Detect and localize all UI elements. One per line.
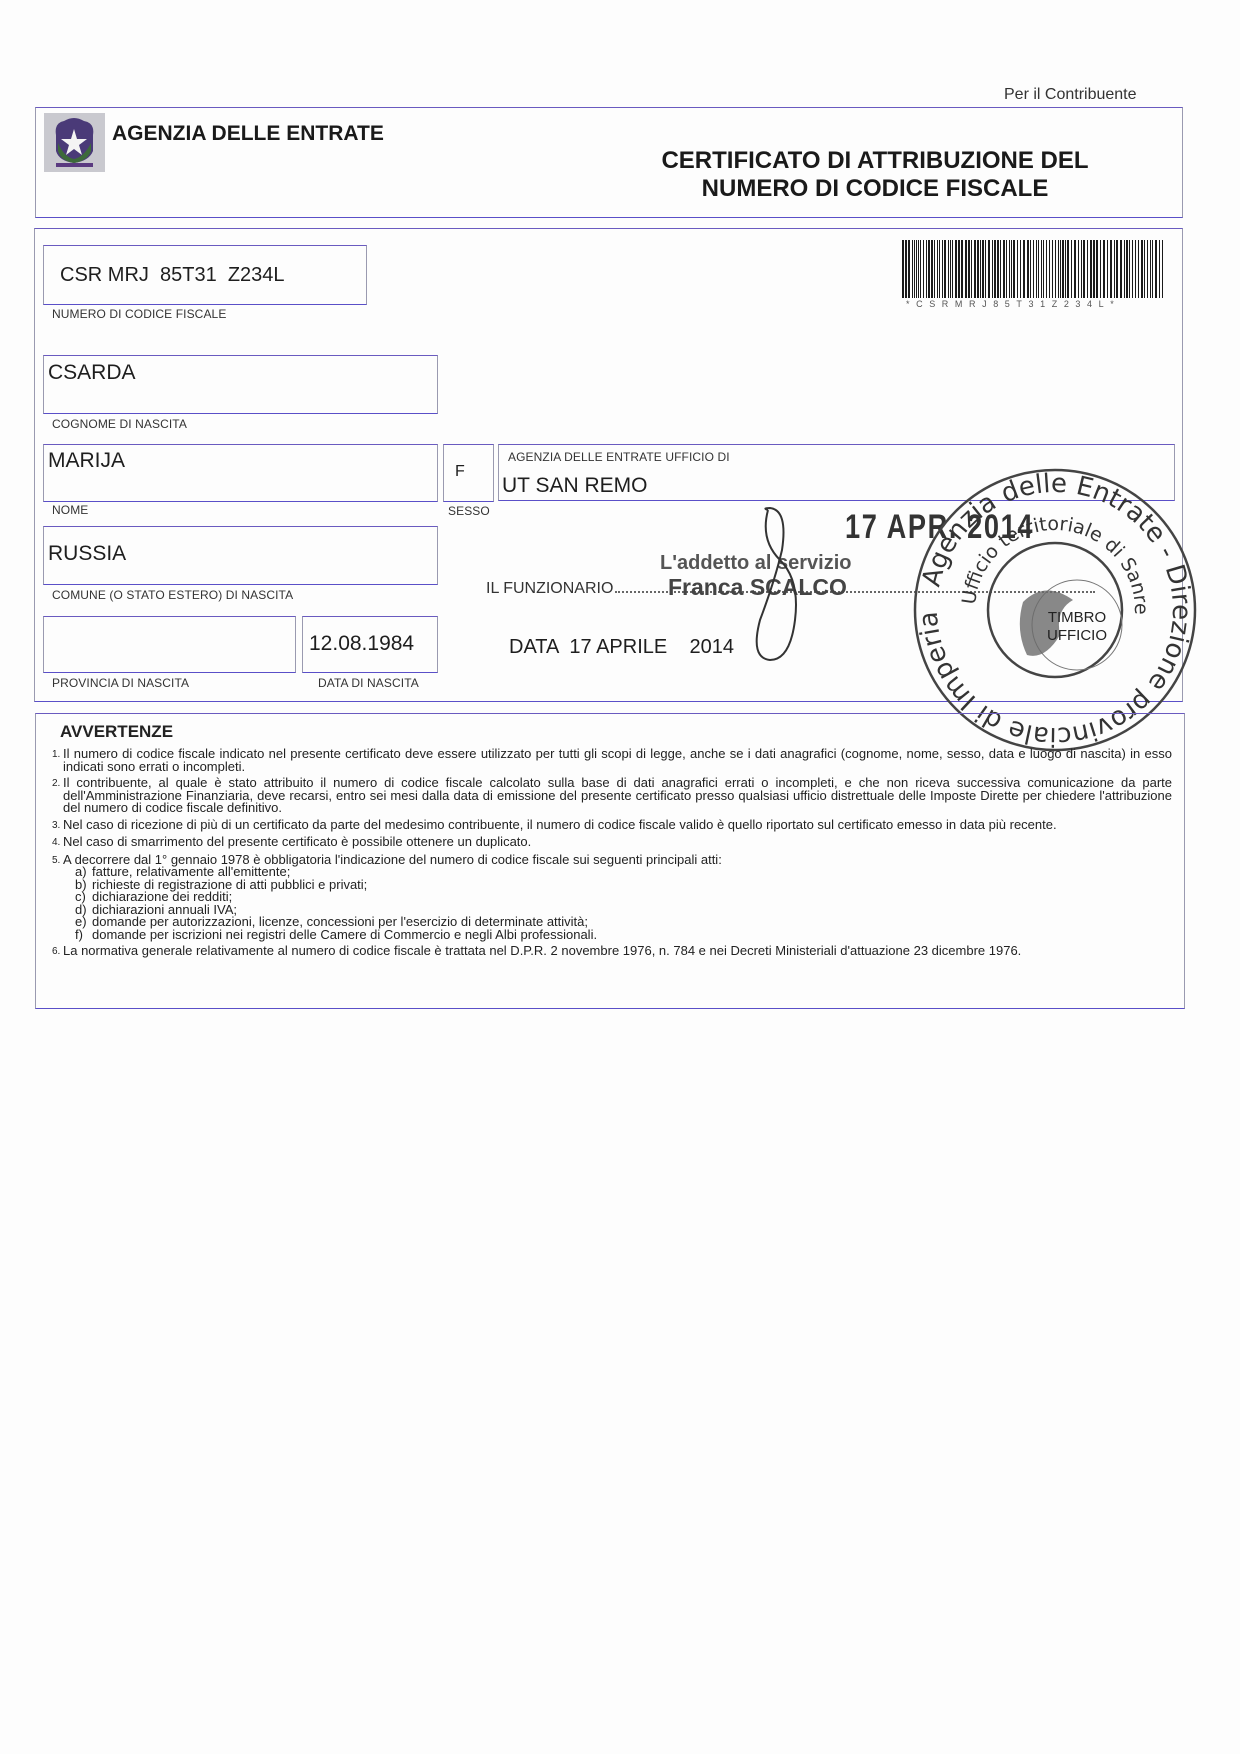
issue-date: DATA 17 APRILE 2014 (509, 636, 734, 659)
ufficio-label: AGENZIA DELLE ENTRATE UFFICIO DI (508, 450, 730, 464)
title-line-1: CERTIFICATO DI ATTRIBUZIONE DEL (640, 147, 1110, 175)
sesso-label: SESSO (448, 504, 490, 518)
copy-label: Per il Contribuente (1004, 86, 1137, 104)
warning-text: Nel caso di smarrimento del presente cer… (63, 836, 531, 850)
handwritten-signature (740, 500, 830, 670)
nome-value: MARIJA (48, 449, 125, 473)
warning-number: 5. (52, 854, 63, 942)
warning-item: 1.Il numero di codice fiscale indicato n… (52, 748, 1172, 773)
warnings-list: 1.Il numero di codice fiscale indicato n… (52, 748, 1172, 963)
provincia-label: PROVINCIA DI NASCITA (52, 676, 189, 690)
page-title: CERTIFICATO DI ATTRIBUZIONE DEL NUMERO D… (640, 147, 1110, 203)
warning-number: 3. (52, 819, 63, 833)
agency-name: AGENZIA DELLE ENTRATE (112, 122, 384, 146)
data-nascita-label: DATA DI NASCITA (318, 676, 419, 690)
codice-fiscale-label: NUMERO DI CODICE FISCALE (52, 307, 226, 321)
cognome-value: CSARDA (48, 361, 136, 385)
barcode: *CSRMRJ85T31Z234L* (902, 240, 1172, 308)
warning-item: 6.La normativa generale relativamente al… (52, 945, 1172, 959)
warning-text: Il numero di codice fiscale indicato nel… (63, 748, 1172, 773)
warning-number: 6. (52, 945, 63, 959)
codice-fiscale-value: CSR MRJ 85T31 Z234L (60, 264, 285, 287)
warning-item: 4.Nel caso di smarrimento del presente c… (52, 836, 1172, 850)
warning-text: Nel caso di ricezione di più di un certi… (63, 819, 1057, 833)
barcode-bars (902, 240, 1164, 298)
warning-text: Il contribuente, al quale è stato attrib… (63, 777, 1172, 815)
sesso-field (443, 444, 494, 502)
data-nascita-value: 12.08.1984 (309, 632, 414, 656)
funzionario-label: IL FUNZIONARIO (486, 580, 613, 597)
nome-label: NOME (52, 503, 88, 517)
warning-number: 4. (52, 836, 63, 850)
stamp-center-line-1: TIMBRO (1048, 609, 1106, 626)
italian-republic-emblem-icon (44, 113, 105, 172)
warning-text: A decorrere dal 1° gennaio 1978 è obblig… (63, 854, 722, 942)
warning-item: 2.Il contribuente, al quale è stato attr… (52, 777, 1172, 815)
ufficio-value: UT SAN REMO (502, 474, 647, 498)
provincia-field (43, 616, 296, 673)
warning-subitem: f)domande per iscrizioni nei registri de… (63, 929, 722, 942)
title-line-2: NUMERO DI CODICE FISCALE (640, 175, 1110, 203)
warning-number: 2. (52, 777, 63, 815)
barcode-text: *CSRMRJ85T31Z234L* (902, 299, 1172, 309)
warning-number: 1. (52, 748, 63, 773)
comune-value: RUSSIA (48, 542, 126, 566)
warnings-title: AVVERTENZE (60, 722, 173, 742)
sesso-value: F (455, 463, 465, 481)
stamp-center-line-2: UFFICIO (1047, 627, 1107, 644)
warning-item: 5.A decorrere dal 1° gennaio 1978 è obbl… (52, 854, 1172, 942)
warning-text: La normativa generale relativamente al n… (63, 945, 1021, 959)
warning-item: 3.Nel caso di ricezione di più di un cer… (52, 819, 1172, 833)
cognome-label: COGNOME DI NASCITA (52, 417, 187, 431)
comune-label: COMUNE (O STATO ESTERO) DI NASCITA (52, 588, 293, 602)
